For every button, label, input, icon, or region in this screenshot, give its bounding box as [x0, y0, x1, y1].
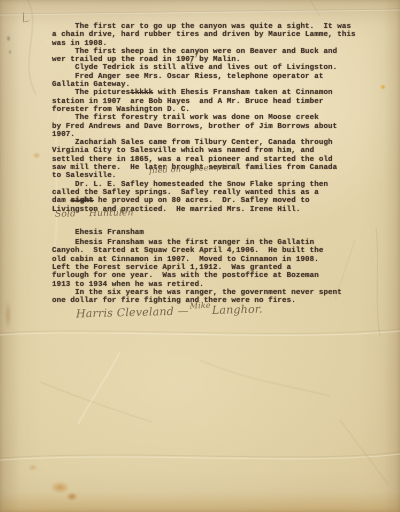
stain — [4, 300, 12, 330]
handwritten-text: Langhor. — [212, 303, 263, 317]
paragraph-clyde-tedrick: Clyde Tedrick is still alive and lives o… — [52, 64, 372, 72]
handwritten-inserted-word: Mike — [190, 301, 211, 311]
stain — [32, 152, 41, 159]
pencil-corner-mark — [23, 11, 30, 22]
paragraph-first-sheep: The first sheep in the canyon were on Be… — [52, 48, 372, 65]
paragraph-pictures: The picturestkkkk with Ehesis Fransham t… — [52, 89, 372, 114]
handwritten-text: Harris Cleveland — — [76, 304, 189, 320]
struck-out-text: sight — [70, 197, 93, 205]
paragraph-forestry-trail: The first forestry trail work was done o… — [52, 114, 372, 139]
pencil-speck — [6, 35, 11, 42]
stain — [50, 481, 70, 494]
paragraph-fransham-ranger: Ehesis Fransham was the first ranger in … — [52, 239, 372, 289]
stain — [380, 84, 386, 90]
stain — [28, 464, 38, 471]
text-segment: The pictures — [52, 89, 130, 97]
scanned-typewritten-page: The first car to go up the canyon was qu… — [0, 0, 400, 512]
struck-out-text: tkkkk — [130, 89, 153, 97]
handwritten-note-sold: Sold Huntulen — [55, 208, 134, 219]
stain — [66, 492, 78, 501]
paragraph-fred-anger: Fred Anger see Mrs. Oscar Riess, telepho… — [52, 73, 372, 90]
paragraph-first-car: The first car to go up the canyon was qu… — [52, 23, 372, 48]
paragraph-zachariah-sales: Zachariah Sales came from Tilbury Center… — [52, 139, 372, 180]
section-heading-ehesis-fransham: Ehesis Fransham — [52, 229, 372, 237]
pencil-speck — [8, 49, 12, 55]
